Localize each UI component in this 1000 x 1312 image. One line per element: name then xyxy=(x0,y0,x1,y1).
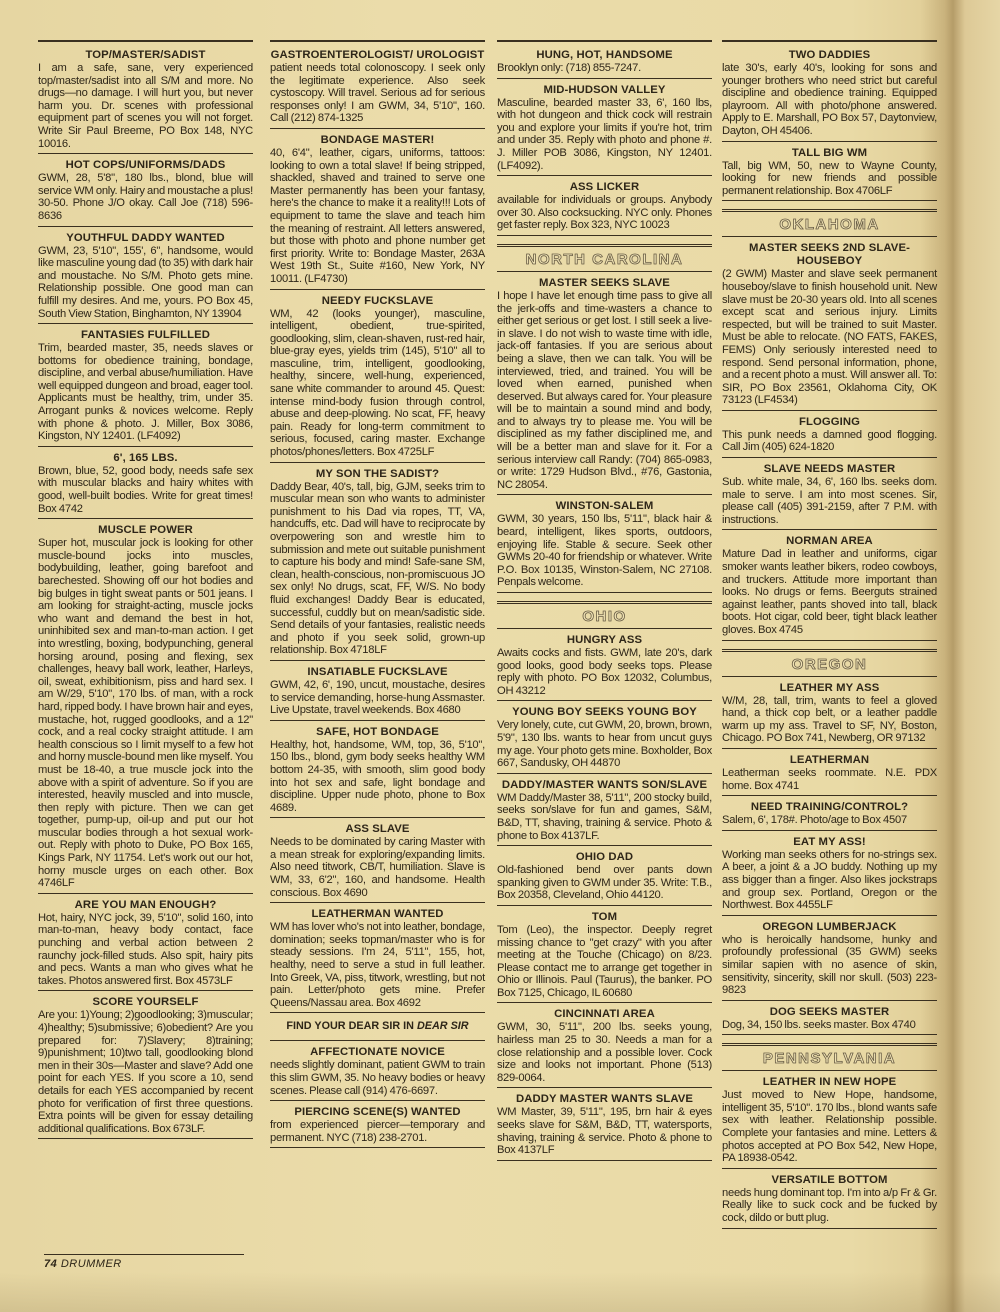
ad-title: SCORE YOURSELF xyxy=(38,996,253,1009)
ad-body: Mature Dad in leather and uniforms, ciga… xyxy=(722,548,937,636)
column-4: TWO DADDIESlate 30's, early 40's, lookin… xyxy=(722,40,937,1229)
ad-body: Salem, 6', 178#. Photo/age to Box 4507 xyxy=(722,814,937,827)
ad-title: TOP/MASTER/SADIST xyxy=(38,49,253,62)
ad-body: Leatherman seeks roommate. N.E. PDX home… xyxy=(722,767,937,792)
classified-ad: MASTER SEEKS SLAVEI hope I have let enou… xyxy=(497,272,712,496)
ad-title: INSATIABLE FUCKSLAVE xyxy=(270,666,485,679)
ad-title: CINCINNATI AREA xyxy=(497,1008,712,1021)
classified-ad: OHIO DADOld-fashioned bend over pants do… xyxy=(497,846,712,906)
column-rule xyxy=(38,40,253,42)
column-rule xyxy=(497,40,712,42)
column-rule xyxy=(270,40,485,42)
ad-title: GASTROENTEROLOGIST/ UROLOGIST xyxy=(270,49,485,62)
classified-ad: MUSCLE POWERSuper hot, muscular jock is … xyxy=(38,519,253,894)
page-number: 74 xyxy=(44,1258,57,1270)
ad-title: DADDY/MASTER WANTS SON/SLAVE xyxy=(497,779,712,792)
magazine-page: TOP/MASTER/SADISTI am a safe, sane, very… xyxy=(0,0,1000,1312)
ad-body: 40, 6'4", leather, cigars, uniforms, tat… xyxy=(270,147,485,286)
classified-ad: VERSATILE BOTTOMneeds hung dominant top.… xyxy=(722,1169,937,1229)
ad-body: late 30's, early 40's, looking for sons … xyxy=(722,62,937,138)
ad-title: TALL BIG WM xyxy=(722,147,937,160)
ad-body: Healthy, hot, handsome, WM, top, 36, 5'1… xyxy=(270,739,485,815)
classified-ad: ARE YOU MAN ENOUGH?Hot, hairy, NYC jock,… xyxy=(38,894,253,992)
ad-body: I am a safe, sane, very experienced top/… xyxy=(38,62,253,150)
ad-body: Daddy Bear, 40's, tall, big, GJM, seeks … xyxy=(270,481,485,657)
ad-title: LEATHER MY ASS xyxy=(722,682,937,695)
classified-ad: ASS SLAVENeeds to be dominated by caring… xyxy=(270,818,485,903)
ad-body: WM Daddy/Master 38, 5'11", 200 stocky bu… xyxy=(497,792,712,842)
ad-body: Working man seeks others for no-strings … xyxy=(722,849,937,912)
classified-ad: ASS LICKERavailable for individuals or g… xyxy=(497,176,712,236)
ad-title: DADDY MASTER WANTS SLAVE xyxy=(497,1093,712,1106)
ad-body: needs hung dominant top. I'm into a/p Fr… xyxy=(722,1187,937,1225)
ad-body: patient needs total colonoscopy. I seek … xyxy=(270,62,485,125)
ad-body: WM, 42 (looks younger), masculine, intel… xyxy=(270,308,485,459)
ad-body: Super hot, muscular jock is looking for … xyxy=(38,537,253,890)
ad-body: Are you: 1)Young; 2)goodlooking; 3)muscu… xyxy=(38,1009,253,1135)
column-3: HUNG, HOT, HANDSOMEBrooklyn only: (718) … xyxy=(497,40,712,1161)
publication-title: DRUMMER xyxy=(61,1258,122,1270)
ad-body: needs slightly dominant, patient GWM to … xyxy=(270,1059,485,1097)
state-title: OHIO xyxy=(497,606,712,628)
ad-body: WM has lover who's not into leather, bon… xyxy=(270,921,485,1009)
column-1: TOP/MASTER/SADISTI am a safe, sane, very… xyxy=(38,40,253,1139)
classified-ad: MY SON THE SADIST?Daddy Bear, 40's, tall… xyxy=(270,463,485,661)
ad-body: Awaits cocks and fists. GWM, late 20's, … xyxy=(497,647,712,697)
classified-ad: MID-HUDSON VALLEYMasculine, bearded mast… xyxy=(497,79,712,177)
ad-body: I hope I have let enough time pass to gi… xyxy=(497,290,712,492)
ad-body: GWM, 30, 5'11", 200 lbs. seeks young, ha… xyxy=(497,1021,712,1084)
classified-ad: AFFECTIONATE NOVICEneeds slightly domina… xyxy=(270,1041,485,1101)
classified-ad: DADDY MASTER WANTS SLAVEWM Master, 39, 5… xyxy=(497,1088,712,1160)
ad-body: Old-fashioned bend over pants down spank… xyxy=(497,864,712,902)
classified-ad: NEEDY FUCKSLAVEWM, 42 (looks younger), m… xyxy=(270,290,485,463)
ad-title: PIERCING SCENE(S) WANTED xyxy=(270,1106,485,1119)
ad-body: Brown, blue, 52, good body, needs safe s… xyxy=(38,465,253,515)
ad-body: Needs to be dominated by caring Master w… xyxy=(270,836,485,899)
state-title: NORTH CAROLINA xyxy=(497,249,712,271)
ad-body: available for individuals or groups. Any… xyxy=(497,194,712,232)
ad-body: Hot, hairy, NYC jock, 39, 5'10", solid 1… xyxy=(38,912,253,988)
state-section-header: OKLAHOMA xyxy=(722,209,937,237)
ad-title: LEATHERMAN WANTED xyxy=(270,908,485,921)
ad-title: OREGON LUMBERJACK xyxy=(722,921,937,934)
ad-body: Tom (Leo), the inspector. Deeply regret … xyxy=(497,924,712,1000)
ad-title: HOT COPS/UNIFORMS/DADS xyxy=(38,159,253,172)
classified-ad: NORMAN AREAMature Dad in leather and uni… xyxy=(722,530,937,640)
ad-title: MID-HUDSON VALLEY xyxy=(497,84,712,97)
ad-title: VERSATILE BOTTOM xyxy=(722,1174,937,1187)
classified-ad: HOT COPS/UNIFORMS/DADSGWM, 28, 5'8", 180… xyxy=(38,154,253,226)
state-section-header: OREGON xyxy=(722,649,937,677)
classified-ad: GASTROENTEROLOGIST/ UROLOGISTpatient nee… xyxy=(270,44,485,129)
classified-ad: CINCINNATI AREAGWM, 30, 5'11", 200 lbs. … xyxy=(497,1003,712,1088)
ad-title: ARE YOU MAN ENOUGH? xyxy=(38,899,253,912)
classified-ad: EAT MY ASS!Working man seeks others for … xyxy=(722,831,937,916)
ad-title: LEATHERMAN xyxy=(722,754,937,767)
page-shadow xyxy=(0,1272,1000,1312)
ad-title: SAFE, HOT BONDAGE xyxy=(270,726,485,739)
classified-ad: TOP/MASTER/SADISTI am a safe, sane, very… xyxy=(38,44,253,154)
ad-body: Brooklyn only: (718) 855-7247. xyxy=(497,62,712,75)
classified-ad: DOG SEEKS MASTERDog, 34, 150 lbs. seeks … xyxy=(722,1001,937,1036)
promo-text-main: FIND YOUR DEAR SIR IN xyxy=(286,1020,417,1032)
ad-body: Trim, bearded master, 35, needs slaves o… xyxy=(38,342,253,443)
classified-ad: TOMTom (Leo), the inspector. Deeply regr… xyxy=(497,906,712,1004)
classified-ad: PIERCING SCENE(S) WANTEDfrom experienced… xyxy=(270,1101,485,1148)
classified-ad: HUNGRY ASSAwaits cocks and fists. GWM, l… xyxy=(497,629,712,701)
ad-title: YOUTHFUL DADDY WANTED xyxy=(38,232,253,245)
promo-text-emphasis: DEAR SIR xyxy=(417,1020,469,1032)
classified-ad: DADDY/MASTER WANTS SON/SLAVEWM Daddy/Mas… xyxy=(497,774,712,846)
ad-body: from experienced piercer—temporary and p… xyxy=(270,1119,485,1144)
ad-title: LEATHER IN NEW HOPE xyxy=(722,1076,937,1089)
ad-title: FANTASIES FULFILLED xyxy=(38,329,253,342)
ad-body: This punk needs a damned good flogging. … xyxy=(722,429,937,454)
page-footer: 74 DRUMMER xyxy=(44,1254,244,1270)
classified-ad: SAFE, HOT BONDAGEHealthy, hot, handsome,… xyxy=(270,721,485,819)
state-section-header: OHIO xyxy=(497,601,712,629)
classified-ad: NEED TRAINING/CONTROL?Salem, 6', 178#. P… xyxy=(722,796,937,831)
classified-ad: HUNG, HOT, HANDSOMEBrooklyn only: (718) … xyxy=(497,44,712,79)
ad-body: Sub. white male, 34, 6', 160 lbs. seeks … xyxy=(722,476,937,526)
ad-body: Very lonely, cute, cut GWM, 20, brown, b… xyxy=(497,719,712,769)
column-2: GASTROENTEROLOGIST/ UROLOGISTpatient nee… xyxy=(270,40,485,1148)
ad-body: Tall, big WM, 50, new to Wayne County, l… xyxy=(722,160,937,198)
state-section-header: NORTH CAROLINA xyxy=(497,244,712,272)
ad-title: OHIO DAD xyxy=(497,851,712,864)
ad-title: DOG SEEKS MASTER xyxy=(722,1006,937,1019)
ad-body: GWM, 28, 5'8", 180 lbs., blond, blue wil… xyxy=(38,172,253,222)
ad-body: (2 GWM) Master and slave seek permanent … xyxy=(722,268,937,407)
ad-title: SLAVE NEEDS MASTER xyxy=(722,463,937,476)
classified-ad: 6', 165 LBS.Brown, blue, 52, good body, … xyxy=(38,447,253,519)
ad-title: NEED TRAINING/CONTROL? xyxy=(722,801,937,814)
ad-title: TOM xyxy=(497,911,712,924)
classified-ad: YOUTHFUL DADDY WANTEDGWM, 23, 5'10", 155… xyxy=(38,227,253,325)
state-section-header: PENNSYLVANIA xyxy=(722,1043,937,1071)
ad-body: WM Master, 39, 5'11", 195, brn hair & ey… xyxy=(497,1106,712,1156)
ad-title: HUNG, HOT, HANDSOME xyxy=(497,49,712,62)
ad-title: NORMAN AREA xyxy=(722,535,937,548)
ad-title: MASTER SEEKS 2ND SLAVE-HOUSEBOY xyxy=(722,242,937,268)
ad-title: ASS LICKER xyxy=(497,181,712,194)
classified-ad: BONDAGE MASTER!40, 6'4", leather, cigars… xyxy=(270,129,485,290)
promo-line: FIND YOUR DEAR SIR IN DEAR SIR xyxy=(270,1013,485,1041)
ad-body: who is heroically handsome, hunky and pr… xyxy=(722,934,937,997)
ad-title: EAT MY ASS! xyxy=(722,836,937,849)
ad-title: MUSCLE POWER xyxy=(38,524,253,537)
ad-title: MASTER SEEKS SLAVE xyxy=(497,277,712,290)
ad-body: W/M, 28, tall, trim, wants to feel a glo… xyxy=(722,695,937,745)
state-title: OREGON xyxy=(722,654,937,676)
classified-ad: FANTASIES FULFILLEDTrim, bearded master,… xyxy=(38,324,253,447)
classified-ad: INSATIABLE FUCKSLAVEGWM, 42, 6', 190, un… xyxy=(270,661,485,721)
ad-title: YOUNG BOY SEEKS YOUNG BOY xyxy=(497,706,712,719)
classified-ad: LEATHER MY ASSW/M, 28, tall, trim, wants… xyxy=(722,677,937,749)
classified-ad: TWO DADDIESlate 30's, early 40's, lookin… xyxy=(722,44,937,142)
classified-ad: WINSTON-SALEMGWM, 30 years, 150 lbs, 5'1… xyxy=(497,495,712,593)
state-title: OKLAHOMA xyxy=(722,214,937,236)
state-title: PENNSYLVANIA xyxy=(722,1048,937,1070)
ad-body: Dog, 34, 150 lbs. seeks master. Box 4740 xyxy=(722,1019,937,1032)
classified-ad: LEATHERMAN WANTEDWM has lover who's not … xyxy=(270,903,485,1013)
ad-title: HUNGRY ASS xyxy=(497,634,712,647)
column-rule xyxy=(722,40,937,42)
classified-ad: SCORE YOURSELFAre you: 1)Young; 2)goodlo… xyxy=(38,991,253,1139)
promo-text: FIND YOUR DEAR SIR IN DEAR SIR xyxy=(270,1020,485,1032)
ad-title: BONDAGE MASTER! xyxy=(270,134,485,147)
classified-ad: YOUNG BOY SEEKS YOUNG BOYVery lonely, cu… xyxy=(497,701,712,773)
ad-title: NEEDY FUCKSLAVE xyxy=(270,295,485,308)
classified-ad: MASTER SEEKS 2ND SLAVE-HOUSEBOY(2 GWM) M… xyxy=(722,237,937,411)
classified-ad: FLOGGINGThis punk needs a damned good fl… xyxy=(722,411,937,458)
classified-ad: OREGON LUMBERJACKwho is heroically hands… xyxy=(722,916,937,1001)
ad-title: WINSTON-SALEM xyxy=(497,500,712,513)
ad-title: MY SON THE SADIST? xyxy=(270,468,485,481)
ad-title: TWO DADDIES xyxy=(722,49,937,62)
ad-title: AFFECTIONATE NOVICE xyxy=(270,1046,485,1059)
ad-body: Just moved to New Hope, handsome, intell… xyxy=(722,1089,937,1165)
ad-title: 6', 165 LBS. xyxy=(38,452,253,465)
ad-body: GWM, 23, 5'10", 155', 6", handsome, woul… xyxy=(38,245,253,321)
ad-body: GWM, 42, 6', 190, uncut, moustache, desi… xyxy=(270,679,485,717)
ad-title: ASS SLAVE xyxy=(270,823,485,836)
classified-ad: LEATHERMANLeatherman seeks roommate. N.E… xyxy=(722,749,937,796)
classified-ad: SLAVE NEEDS MASTERSub. white male, 34, 6… xyxy=(722,458,937,530)
ad-body: GWM, 30 years, 150 lbs, 5'11", black hai… xyxy=(497,513,712,589)
ad-title: FLOGGING xyxy=(722,416,937,429)
classified-columns: TOP/MASTER/SADISTI am a safe, sane, very… xyxy=(38,40,938,1245)
ad-body: Masculine, bearded master 33, 6', 160 lb… xyxy=(497,97,712,173)
classified-ad: TALL BIG WMTall, big WM, 50, new to Wayn… xyxy=(722,142,937,202)
classified-ad: LEATHER IN NEW HOPEJust moved to New Hop… xyxy=(722,1071,937,1169)
